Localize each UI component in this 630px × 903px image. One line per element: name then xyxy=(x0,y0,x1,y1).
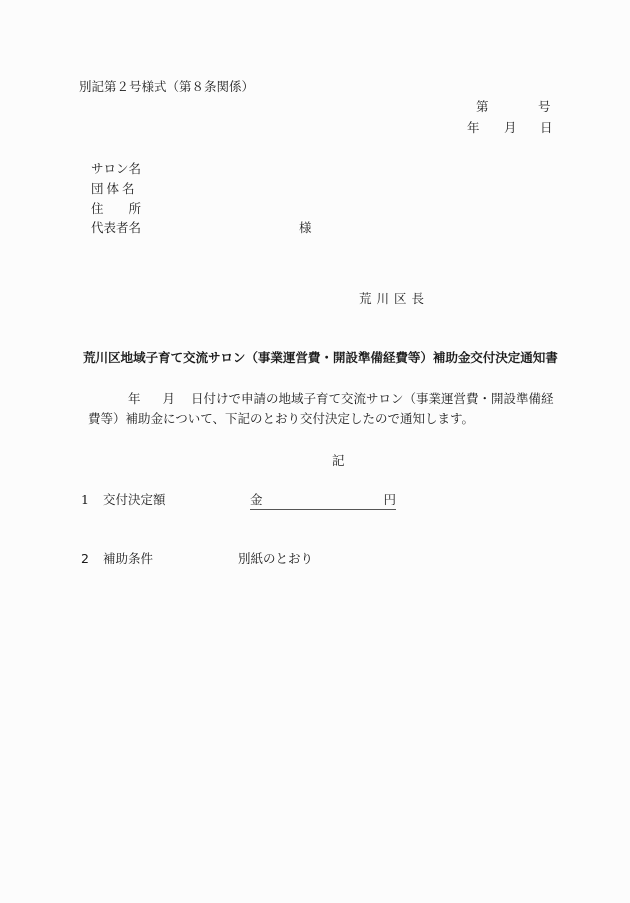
amount-suffix: 円 xyxy=(383,494,396,507)
address-label-2: 所 xyxy=(129,201,142,216)
organization-label: 団体名 xyxy=(91,183,138,196)
address-label-1: 住 xyxy=(91,201,104,216)
date-month: 月 xyxy=(504,122,517,135)
date-day: 日 xyxy=(540,122,553,135)
document-page: 別記第２号様式（第８条関係） 第 号 年 月 日 サロン名 団体名 住所 代表者… xyxy=(0,0,630,903)
document-title: 荒川区地域子育て交流サロン（事業運営費・開設準備経費等）補助金交付決定通知書 xyxy=(83,352,558,365)
item-1-number: 1 xyxy=(81,494,89,507)
body-line-1: 年月日付けで申請の地域子育て交流サロン（事業運営費・開設準備経 xyxy=(128,393,554,406)
body-month: 月 xyxy=(163,391,176,406)
salon-name-label: サロン名 xyxy=(91,163,141,176)
issuer: 荒川区長 xyxy=(359,293,429,306)
item-2-number: 2 xyxy=(81,553,89,566)
body-year: 年 xyxy=(128,391,141,406)
date-year: 年 xyxy=(467,122,480,135)
item-2-label: 補助条件 xyxy=(103,553,153,566)
item-1-label: 交付決定額 xyxy=(103,494,166,507)
representative-label: 代表者名 xyxy=(91,222,141,235)
document-number-suffix: 号 xyxy=(538,101,551,114)
body-line-2: 費等）補助金について、下記のとおり交付決定したので通知します。 xyxy=(88,413,474,426)
grant-amount-field: 金 円 xyxy=(250,494,396,510)
ki-heading: 記 xyxy=(332,455,345,468)
amount-prefix: 金 xyxy=(250,494,263,507)
document-number-prefix: 第 xyxy=(476,101,489,114)
address-label: 住所 xyxy=(91,203,141,216)
body-line-1-text: 日付けで申請の地域子育て交流サロン（事業運営費・開設準備経 xyxy=(191,391,554,406)
item-2-value: 別紙のとおり xyxy=(238,553,313,566)
honorific: 様 xyxy=(299,222,312,235)
form-reference: 別記第２号様式（第８条関係） xyxy=(79,81,254,94)
